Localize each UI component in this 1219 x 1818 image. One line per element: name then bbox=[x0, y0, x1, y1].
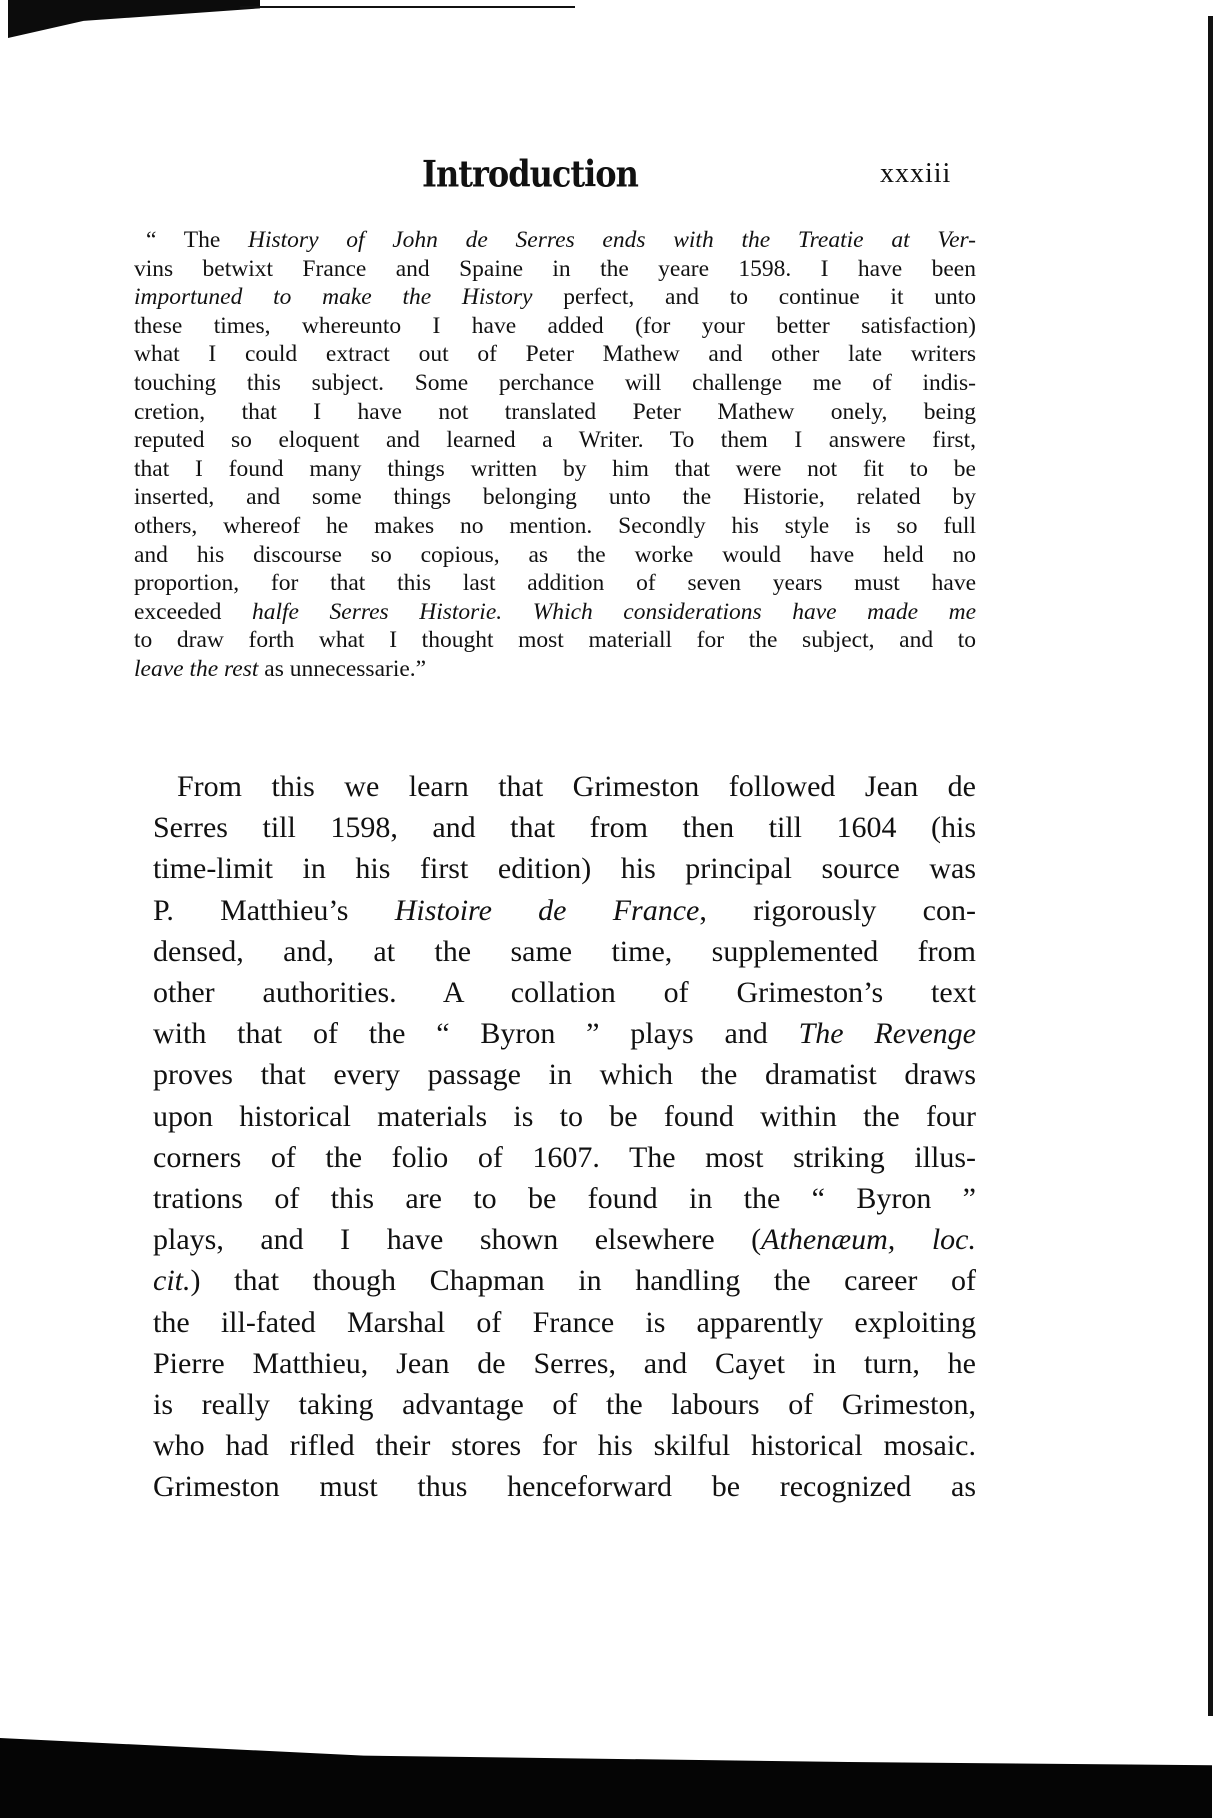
quote-line: others, whereof he makes no mention. Sec… bbox=[134, 512, 976, 541]
quote-line: and his discourse so copious, as the wor… bbox=[134, 541, 976, 570]
quote-line: these times, whereunto I have added (for… bbox=[134, 312, 976, 341]
body-line: who had rifled their stores for his skil… bbox=[153, 1425, 976, 1466]
text-run: densed, and, at the same time, supplemen… bbox=[153, 935, 976, 968]
quote-line: “ The History of John de Serres ends wit… bbox=[134, 226, 976, 255]
quote-line: inserted, and some things belonging unto… bbox=[134, 483, 976, 512]
text-run: the ill-fated Marshal of France is appar… bbox=[153, 1306, 976, 1339]
body-line: From this we learn that Grimeston follow… bbox=[153, 766, 976, 807]
body-line: Serres till 1598, and that from then til… bbox=[153, 807, 976, 848]
scan-edge-shadow-top bbox=[8, 0, 260, 38]
text-run: other authorities. A collation of Grimes… bbox=[153, 976, 976, 1009]
italic-title: cit. bbox=[153, 1264, 191, 1297]
text-run: From this we learn that Grimeston follow… bbox=[177, 770, 976, 803]
quote-line: exceeded halfe Serres Historie. Which co… bbox=[134, 598, 976, 627]
italic-title: The Revenge bbox=[799, 1017, 976, 1050]
text-run: , rigorously con- bbox=[699, 894, 976, 927]
quote-line: to draw forth what I thought most materi… bbox=[134, 626, 976, 655]
text-run: P. Matthieu’s bbox=[153, 894, 395, 927]
body-line: cit.) that though Chapman in handling th… bbox=[153, 1260, 976, 1301]
text-run: time-limit in his first edition) his pri… bbox=[153, 852, 976, 885]
text-run: corners of the folio of 1607. The most s… bbox=[153, 1141, 976, 1174]
text-run: is really taking advantage of the labour… bbox=[153, 1388, 976, 1421]
text-run: proves that every passage in which the d… bbox=[153, 1058, 976, 1091]
body-line: corners of the folio of 1607. The most s… bbox=[153, 1137, 976, 1178]
text-run: Serres till 1598, and that from then til… bbox=[153, 811, 976, 844]
running-title: Introduction bbox=[422, 152, 638, 196]
text-run: ) that though Chapman in handling the ca… bbox=[191, 1264, 977, 1297]
scan-edge-line-top bbox=[240, 6, 575, 8]
text-run: upon historical materials is to be found… bbox=[153, 1100, 976, 1133]
quote-line: cretion, that I have not translated Pete… bbox=[134, 398, 976, 427]
text-run: who had rifled their stores for his skil… bbox=[153, 1429, 976, 1462]
scan-edge-shadow-bottom bbox=[0, 1738, 1212, 1818]
body-line: proves that every passage in which the d… bbox=[153, 1054, 976, 1095]
quote-line: that I found many things written by him … bbox=[134, 455, 976, 484]
body-line: time-limit in his first edition) his pri… bbox=[153, 848, 976, 889]
text-run: trations of this are to be found in the … bbox=[153, 1182, 976, 1215]
text-run: Pierre Matthieu, Jean de Serres, and Cay… bbox=[153, 1347, 976, 1380]
page-header: Introduction xxxiii bbox=[0, 148, 1219, 198]
text-run: with that of the “ Byron ” plays and bbox=[153, 1017, 799, 1050]
page-number: xxxiii bbox=[880, 158, 951, 190]
body-line: P. Matthieu’s Histoire de France, rigoro… bbox=[153, 890, 976, 931]
body-line: densed, and, at the same time, supplemen… bbox=[153, 931, 976, 972]
quote-line: what I could extract out of Peter Mathew… bbox=[134, 340, 976, 369]
quote-line: vins betwixt France and Spaine in the ye… bbox=[134, 255, 976, 284]
scan-edge-line-right bbox=[1208, 16, 1213, 1716]
body-line: plays, and I have shown elsewhere (Athen… bbox=[153, 1219, 976, 1260]
italic-title: Histoire de France bbox=[395, 894, 700, 927]
body-line: the ill-fated Marshal of France is appar… bbox=[153, 1302, 976, 1343]
body-line: other authorities. A collation of Grimes… bbox=[153, 972, 976, 1013]
body-line: upon historical materials is to be found… bbox=[153, 1096, 976, 1137]
body-line: Pierre Matthieu, Jean de Serres, and Cay… bbox=[153, 1343, 976, 1384]
quote-line: leave the rest as unnecessarie.” bbox=[134, 655, 976, 684]
block-quote: “ The History of John de Serres ends wit… bbox=[134, 226, 976, 684]
quote-line: proportion, for that this last addition … bbox=[134, 569, 976, 598]
body-paragraph: From this we learn that Grimeston follow… bbox=[153, 766, 976, 1508]
text-run: Grimeston must thus henceforward be reco… bbox=[153, 1470, 976, 1503]
body-line: is really taking advantage of the labour… bbox=[153, 1384, 976, 1425]
body-line: with that of the “ Byron ” plays and The… bbox=[153, 1013, 976, 1054]
italic-title: Athenæum, loc. bbox=[761, 1223, 976, 1256]
body-line: Grimeston must thus henceforward be reco… bbox=[153, 1466, 976, 1507]
body-line: trations of this are to be found in the … bbox=[153, 1178, 976, 1219]
text-run: plays, and I have shown elsewhere ( bbox=[153, 1223, 761, 1256]
quote-line: reputed so eloquent and learned a Writer… bbox=[134, 426, 976, 455]
quote-line: importuned to make the History perfect, … bbox=[134, 283, 976, 312]
quote-line: touching this subject. Some perchance wi… bbox=[134, 369, 976, 398]
